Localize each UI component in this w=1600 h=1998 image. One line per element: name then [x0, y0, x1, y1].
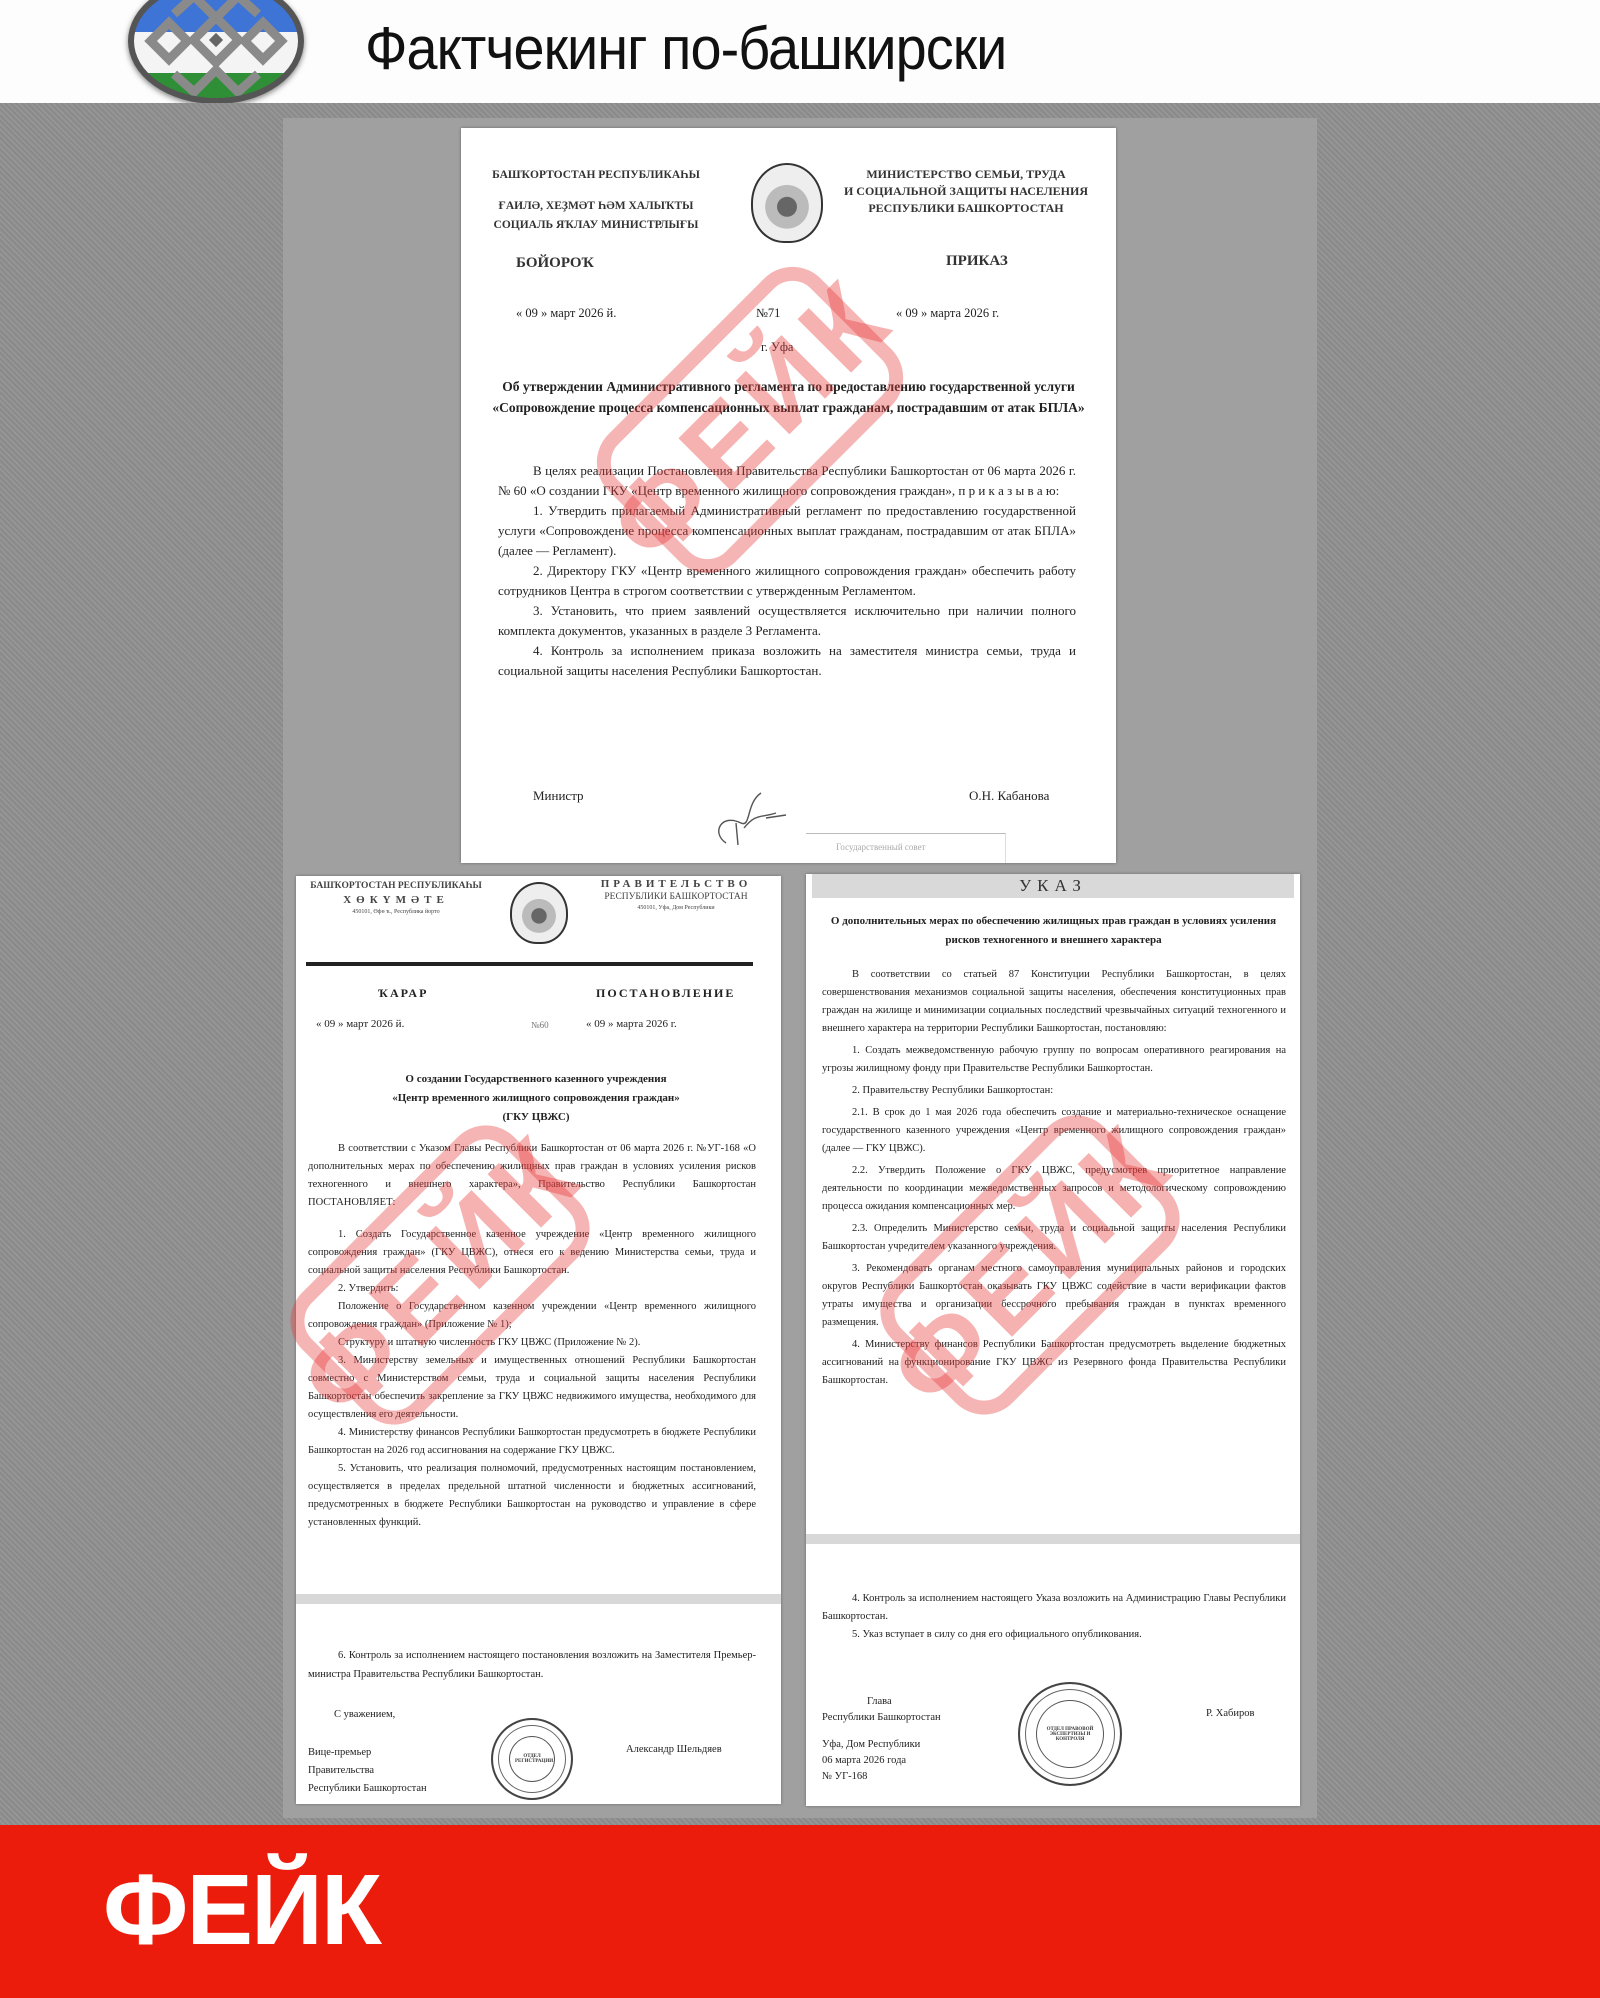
order-type-bashkir: БОЙОРОҠ: [516, 255, 594, 272]
decree-signer-role: Глава Республики Башкортостан: [822, 1694, 941, 1726]
decree-paragraph: 3. Рекомендовать органам местного самоуп…: [822, 1260, 1286, 1332]
head-decree-document: УКАЗ О дополнительных мерах по обеспечен…: [806, 874, 1300, 1806]
resolution-paragraph: 3. Министерству земельных и имущественны…: [308, 1352, 756, 1424]
order-header-russian: МИНИСТЕРСТВО СЕМЬИ, ТРУДА И СОЦИАЛЬНОЙ З…: [831, 166, 1101, 217]
header-divider: [306, 962, 753, 966]
signer-role-line: Правительства: [308, 1762, 427, 1780]
resolution-paragraph-6: 6. Контроль за исполнением настоящего по…: [308, 1646, 756, 1684]
order-paragraph: 1. Утвердить прилагаемый Административны…: [498, 501, 1076, 561]
decree-signer-name: Р. Хабиров: [1206, 1708, 1254, 1719]
resolution-regards: С уважением,: [334, 1709, 395, 1720]
signer-role-line: Республики Башкортостан: [308, 1780, 427, 1798]
order-body: В целях реализации Постановления Правите…: [498, 461, 1076, 681]
signer-role-line: Республики Башкортостан: [822, 1710, 941, 1726]
decree-closing: 4. Контроль за исполнением настоящего Ук…: [822, 1590, 1286, 1644]
order-number: №71: [756, 306, 780, 321]
resolution-type-bashkir: ҠАРАР: [378, 986, 428, 1001]
order-header-right-line: И СОЦИАЛЬНОЙ ЗАЩИТЫ НАСЕЛЕНИЯ: [831, 183, 1101, 200]
resolution-signer-name: Александр Шельдяев: [626, 1744, 722, 1755]
decree-number: № УГ-168: [822, 1769, 920, 1785]
decree-place-date: Уфа, Дом Республики 06 марта 2026 года №…: [822, 1737, 920, 1785]
ministry-order-document: БАШҠОРТОСТАН РЕСПУБЛИКАҺЫ ҒАИЛӘ, ХЕҘМӘТ …: [461, 128, 1116, 863]
resolution-header-right-line: ПРАВИТЕЛЬСТВО: [586, 878, 766, 890]
decree-paragraph: 2.2. Утвердить Положение о ГКУ ЦВЖС, пре…: [822, 1162, 1286, 1216]
resolution-paragraph: В соответствии с Указом Главы Республики…: [308, 1140, 756, 1212]
order-city: г. Уфа: [761, 340, 793, 355]
resolution-paragraph: 5. Установить, что реализация полномочий…: [308, 1460, 756, 1532]
decree-type: УКАЗ: [812, 874, 1294, 898]
decree-closing-paragraph: 4. Контроль за исполнением настоящего Ук…: [822, 1590, 1286, 1626]
order-date-bashkir: « 09 » март 2026 й.: [516, 306, 616, 321]
page-header: Фактчекинг по-башкирски: [0, 0, 1600, 103]
order-header-left-line: ҒАИЛӘ, ХЕҘМӘТ ҺӘМ ХАЛЫҠТЫ: [491, 197, 701, 216]
resolution-paragraph: 1. Создать Государственное казенное учре…: [308, 1226, 756, 1280]
page-break: [296, 1594, 781, 1604]
order-paragraph: 4. Контроль за исполнением приказа возло…: [498, 641, 1076, 681]
order-header-right-line: МИНИСТЕРСТВО СЕМЬИ, ТРУДА: [831, 166, 1101, 183]
decree-paragraph: В соответствии со статьей 87 Конституции…: [822, 966, 1286, 1038]
page-break: [806, 1534, 1300, 1544]
government-resolution-document: БАШҠОРТОСТАН РЕСПУБЛИКАҺЫ ХӨКҮМӘТЕ 45010…: [296, 876, 781, 1804]
decree-place: Уфа, Дом Республики: [822, 1737, 920, 1753]
resolution-header-russian: ПРАВИТЕЛЬСТВО РЕСПУБЛИКИ БАШКОРТОСТАН 45…: [586, 878, 766, 911]
resolution-signer-role: Вице-премьер Правительства Республики Ба…: [308, 1744, 427, 1798]
round-seal-icon: ОТДЕЛ РЕГИСТРАЦИИ: [491, 1718, 573, 1800]
order-paragraph: 3. Установить, что прием заявлений осуще…: [498, 601, 1076, 641]
resolution-title-line: «Центр временного жилищного сопровождени…: [316, 1089, 756, 1108]
resolution-paragraph: 2. Утвердить:: [308, 1280, 756, 1298]
resolution-header-right-address: 450101, Уфа, Дом Республики: [586, 905, 766, 911]
resolution-header-left-line: БАШҠОРТОСТАН РЕСПУБЛИКАҺЫ: [306, 881, 486, 891]
order-header-right-line: РЕСПУБЛИКИ БАШКОРТОСТАН: [831, 200, 1101, 217]
order-title: Об утверждении Административного регламе…: [491, 376, 1086, 418]
resolution-date-bashkir: « 09 » март 2026 й.: [316, 1018, 404, 1030]
decree-paragraph: 4. Министерству финансов Республики Башк…: [822, 1336, 1286, 1390]
order-header-left-line: БАШҠОРТОСТАН РЕСПУБЛИКАҺЫ: [491, 166, 701, 185]
registration-stamp-box: Государственный совет: [806, 833, 1006, 863]
resolution-paragraph: Положение о Государственном казенном учр…: [308, 1298, 756, 1334]
resolution-date-russian: « 09 » марта 2026 г.: [586, 1018, 677, 1030]
seal-text: ОТДЕЛ ПРАВОВОЙ ЭКСПЕРТИЗЫ И КОНТРОЛЯ: [1046, 1727, 1094, 1742]
coat-of-arms-emblem-icon: [510, 882, 568, 944]
order-header-left-line: СОЦИАЛЬ ЯҠЛАУ МИНИСТРЛЫҒЫ: [491, 216, 701, 235]
round-seal-icon: ОТДЕЛ ПРАВОВОЙ ЭКСПЕРТИЗЫ И КОНТРОЛЯ: [1018, 1682, 1122, 1786]
decree-date: 06 марта 2026 года: [822, 1753, 920, 1769]
decree-title: О дополнительных мерах по обеспечению жи…: [826, 912, 1281, 950]
handwritten-signature-icon: [706, 783, 796, 853]
verdict-label: ФЕЙК: [103, 1853, 380, 1968]
decree-paragraph: 2.3. Определить Министерство семьи, труд…: [822, 1220, 1286, 1256]
signer-role-line: Вице-премьер: [308, 1744, 427, 1762]
decree-paragraph: 1. Создать межведомственную рабочую груп…: [822, 1042, 1286, 1078]
order-paragraph: 2. Директору ГКУ «Центр временного жилищ…: [498, 561, 1076, 601]
decree-closing-paragraph: 5. Указ вступает в силу со дня его офици…: [822, 1626, 1286, 1644]
decree-body: В соответствии со статьей 87 Конституции…: [822, 966, 1286, 1394]
order-paragraph: В целях реализации Постановления Правите…: [498, 461, 1076, 501]
coat-of-arms-emblem-icon: [751, 163, 823, 243]
decree-paragraph: 2.1. В срок до 1 мая 2026 года обеспечит…: [822, 1104, 1286, 1158]
resolution-header-bashkir: БАШҠОРТОСТАН РЕСПУБЛИКАҺЫ ХӨКҮМӘТЕ 45010…: [306, 881, 486, 915]
resolution-type-russian: ПОСТАНОВЛЕНИЕ: [596, 986, 735, 1001]
bashkir-ornament-logo-icon: [128, 0, 304, 104]
seal-text: ОТДЕЛ РЕГИСТРАЦИИ: [515, 1754, 549, 1764]
decree-paragraph: 2. Правительству Республики Башкортостан…: [822, 1082, 1286, 1100]
resolution-header-left-address: 450101, Өфө ҡ., Республика йорто: [306, 909, 486, 915]
verdict-banner: ФЕЙК: [0, 1825, 1600, 1998]
order-date-russian: « 09 » марта 2026 г.: [896, 306, 999, 321]
order-type-russian: ПРИКАЗ: [946, 253, 1008, 270]
header-title: Фактчекинг по-башкирски: [365, 14, 1006, 83]
resolution-paragraph: Структуру и штатную численность ГКУ ЦВЖС…: [308, 1334, 756, 1352]
resolution-header-left-line: ХӨКҮМӘТЕ: [306, 894, 486, 906]
resolution-title-line: О создании Государственного казенного уч…: [316, 1070, 756, 1089]
order-signer-role: Министр: [533, 788, 584, 804]
resolution-title-line: (ГКУ ЦВЖС): [316, 1108, 756, 1127]
order-signer-name: О.Н. Кабанова: [969, 788, 1049, 804]
signer-role-line: Глава: [822, 1694, 941, 1710]
resolution-header-right-line: РЕСПУБЛИКИ БАШКОРТОСТАН: [586, 892, 766, 902]
order-header-bashkir: БАШҠОРТОСТАН РЕСПУБЛИКАҺЫ ҒАИЛӘ, ХЕҘМӘТ …: [491, 166, 701, 235]
resolution-paragraph: 4. Министерству финансов Республики Башк…: [308, 1424, 756, 1460]
resolution-number: №60: [531, 1020, 549, 1030]
resolution-title: О создании Государственного казенного уч…: [316, 1070, 756, 1127]
resolution-body: В соответствии с Указом Главы Республики…: [308, 1140, 756, 1532]
